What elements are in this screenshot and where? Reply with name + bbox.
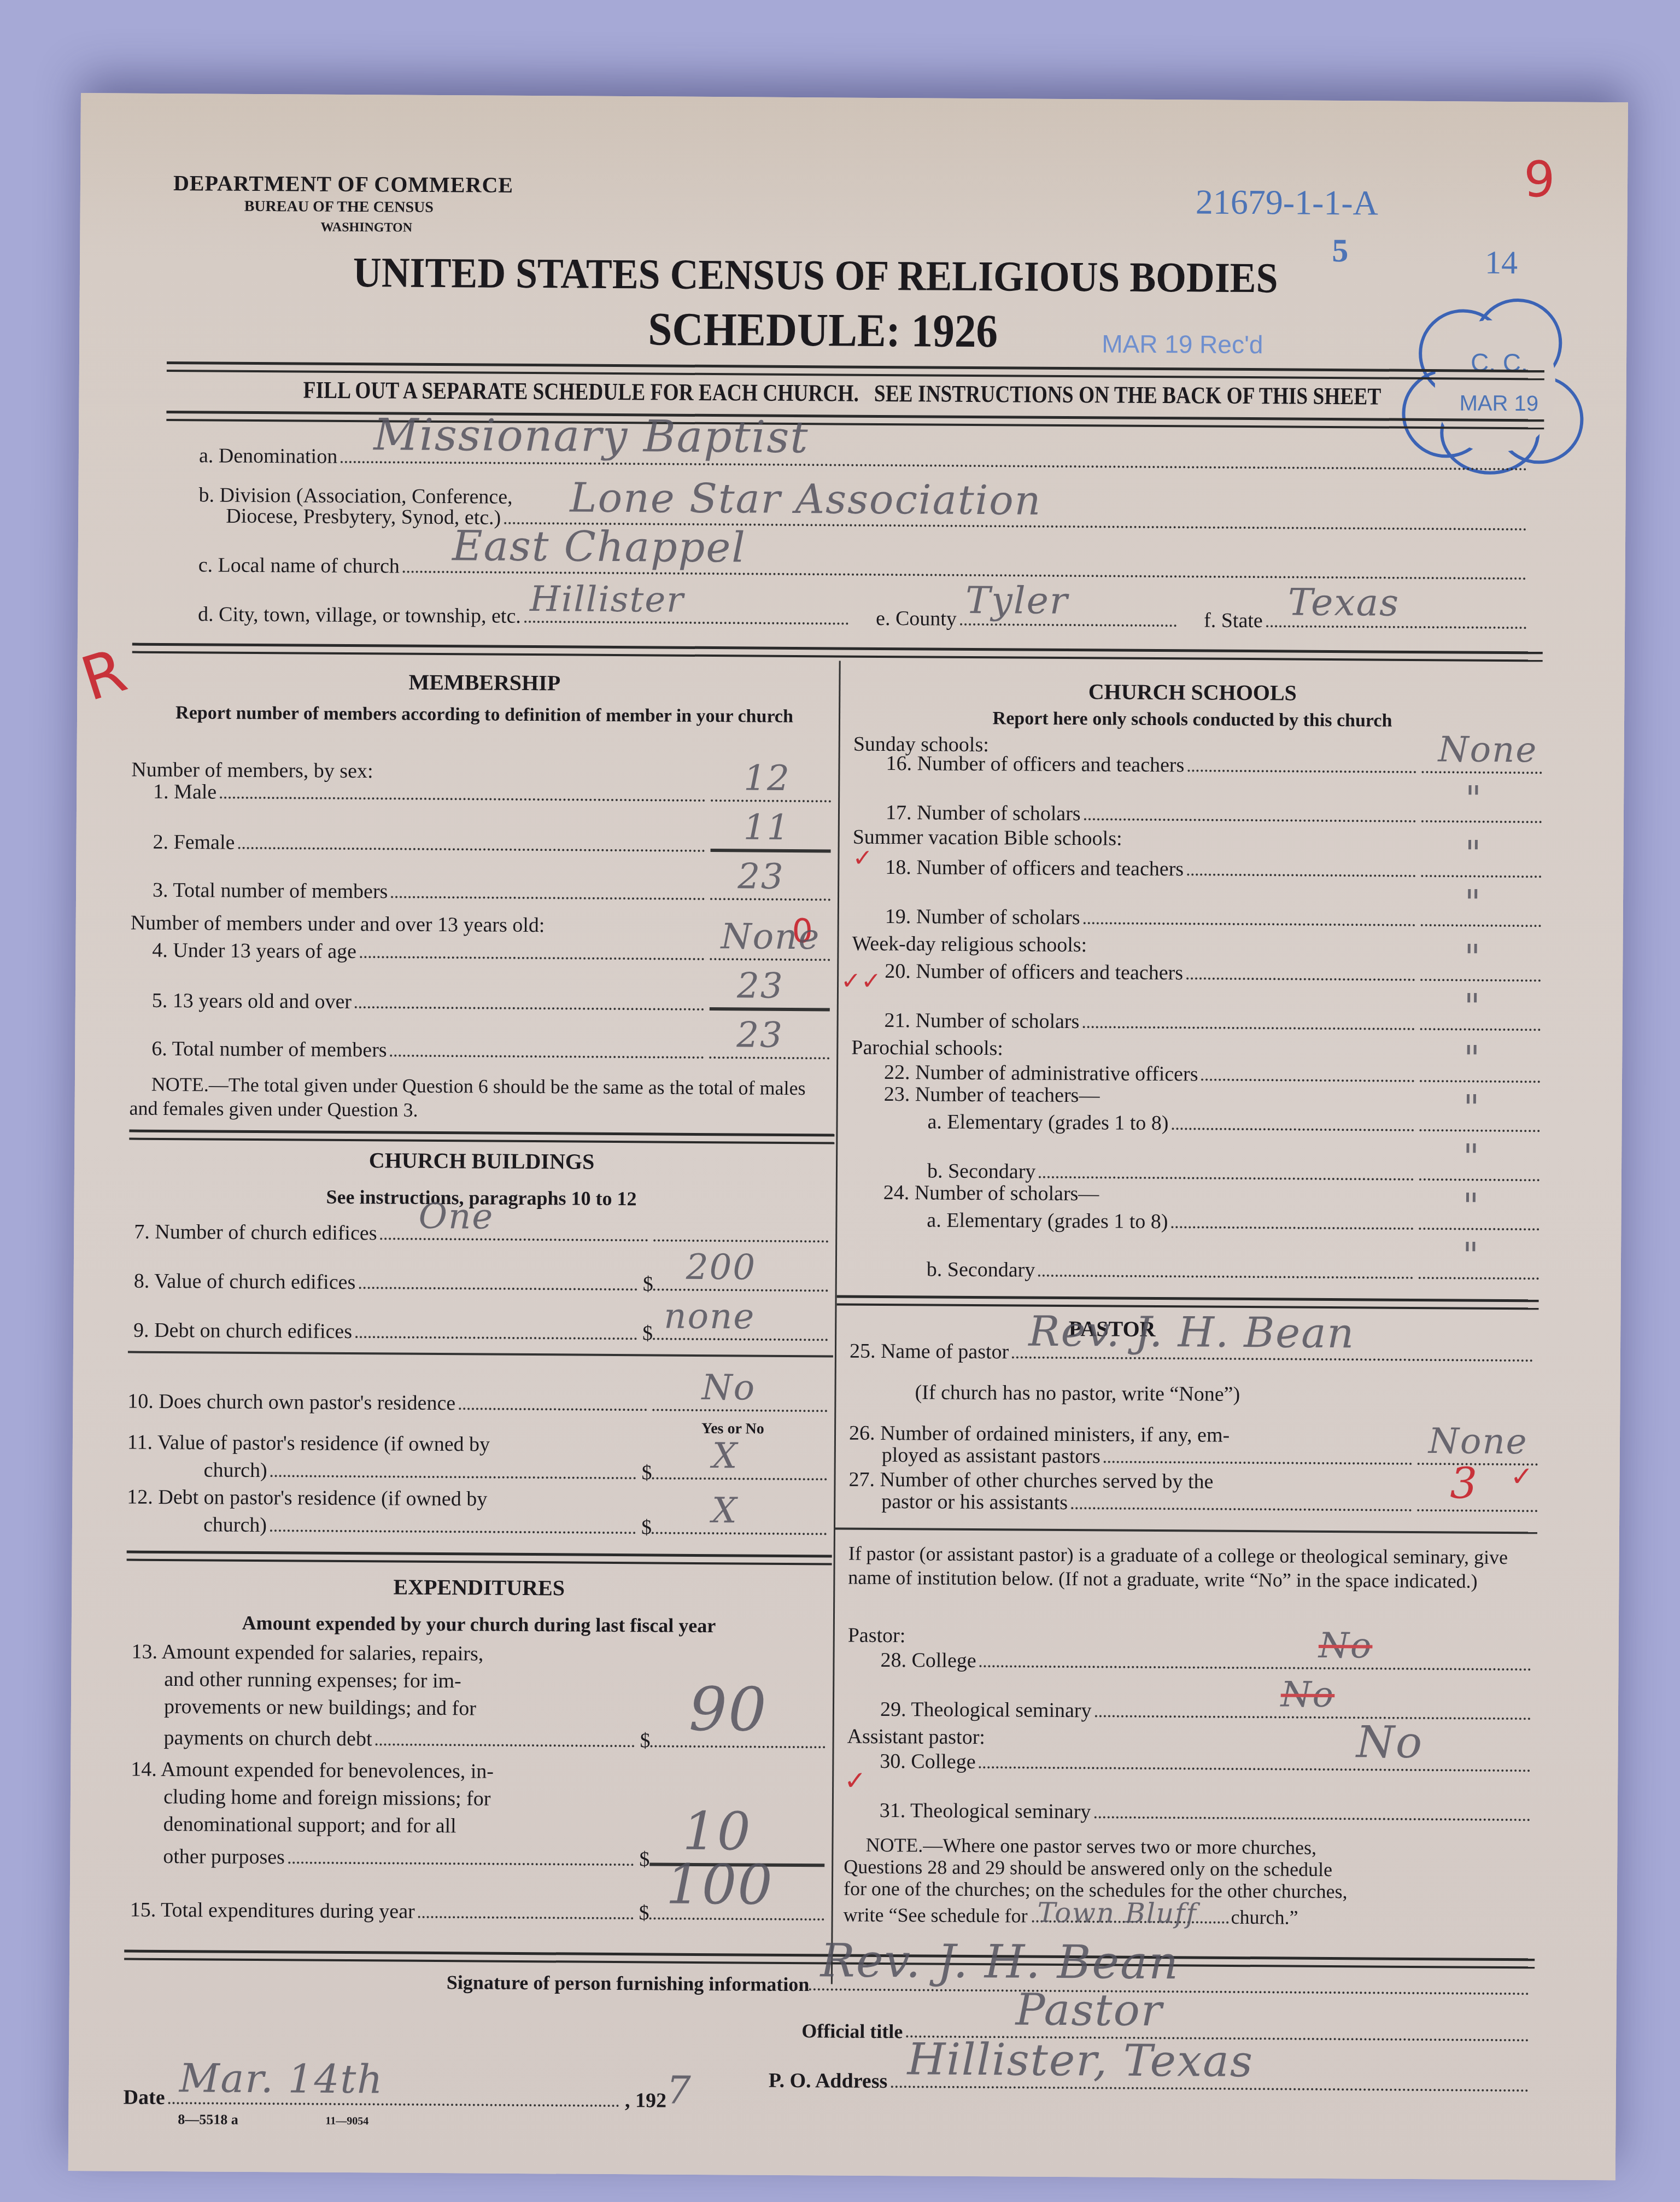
buildings-bottom-rule (127, 1551, 832, 1566)
q30-college-field[interactable]: 30. CollegeNo (880, 1749, 1536, 1777)
q26-value: None (1429, 1421, 1528, 1462)
city-label: d. City, town, village, or township, etc… (198, 602, 521, 628)
q20-label: 20. Number of officers and teachers (885, 959, 1183, 985)
q7-edifices-field[interactable]: 7. Number of church edificesOne (134, 1214, 828, 1248)
summer-schools-label: Summer vacation Bible schools: (853, 825, 1122, 851)
division-field[interactable]: Diocese, Presbytery, Synod, etc.) Lone S… (226, 504, 1532, 536)
q23b-value: " (1463, 1137, 1480, 1177)
po-address-label: P. O. Address (769, 2069, 888, 2093)
local-name-label: c. Local name of church (198, 553, 400, 578)
q1-male-field[interactable]: 1. Male12 (153, 774, 831, 808)
q18-label: 18. Number of officers and teachers (885, 855, 1184, 881)
instructions-banner: FILL OUT A SEPARATE SCHEDULE FOR EACH CH… (303, 376, 1382, 410)
q8-value-field[interactable]: 8. Value of church edifices$200 (134, 1264, 828, 1298)
q11-value-field[interactable]: church)$X (203, 1452, 827, 1486)
q16-label: 16. Number of officers and teachers (886, 751, 1184, 777)
q28-label: 28. College (880, 1648, 976, 1673)
q25-hint: (If church has no pastor, write “None”) (915, 1380, 1240, 1406)
q3-total-field[interactable]: 3. Total number of members23 (153, 873, 830, 907)
q14-label: 14. Amount expended for benevolences, in… (131, 1756, 494, 1840)
q1-value: 12 (744, 758, 791, 799)
q16-value: None (1438, 729, 1537, 770)
q14-dollar: $ (639, 1847, 649, 1871)
q13-label-last: payments on church debt (163, 1726, 372, 1751)
q12-dollar: $ (641, 1515, 652, 1539)
form-title: UNITED STATES CENSUS OF RELIGIOUS BODIES (353, 248, 1278, 302)
q19-value: " (1465, 883, 1482, 923)
q17-field[interactable]: 17. Number of scholars" (886, 795, 1542, 828)
cc-stamp-line2: MAR 19 (1459, 391, 1538, 416)
denomination-label: a. Denomination (199, 443, 338, 469)
see-schedule-value: Town Bluff (1037, 1902, 1197, 1925)
q24-label: 24. Number of scholars— (883, 1181, 1099, 1206)
q2-value: 11 (744, 807, 791, 848)
signature-field[interactable]: Signature of person furnishing informati… (447, 1971, 1535, 2000)
schools-subheading: Report here only schools conducted by th… (842, 708, 1542, 733)
q30-label: 30. College (880, 1749, 975, 1774)
q11-label-1: 11. Value of pastor's residence (if owne… (127, 1430, 490, 1457)
q24a-label: a. Elementary (grades 1 to 8) (927, 1208, 1168, 1234)
q25-label: 25. Name of pastor (850, 1339, 1009, 1364)
census-schedule-sheet: DEPARTMENT OF COMMERCE BUREAU OF THE CEN… (68, 93, 1628, 2180)
q6-value: 23 (736, 1015, 783, 1056)
year-suffix-value: 7 (666, 2068, 692, 2113)
city-name: WASHINGTON (320, 220, 412, 236)
yes-or-no-hint: Yes or No (701, 1420, 764, 1438)
po-address-value: Hillister, Texas (907, 2034, 1254, 2087)
q18-red-check-icon: ✓ (852, 844, 873, 872)
q21-field[interactable]: 21. Number of scholars" (885, 1003, 1541, 1036)
form-number: 8—5518 a (178, 2111, 238, 2128)
q5-label: 5. 13 years old and over (152, 989, 352, 1014)
city-value: Hillister (530, 579, 684, 621)
date-field[interactable]: DateMar. 14th, 1927 (123, 2065, 692, 2113)
q26-label-2: ployed as assistant pastors (882, 1443, 1101, 1468)
county-field[interactable]: e. County Tyler (876, 606, 1182, 632)
file-number-stamp: 21679-1-1-A (1196, 182, 1379, 223)
q24b-label: b. Secondary (927, 1257, 1035, 1282)
q10-value: No (701, 1368, 756, 1409)
q8-dollar: $ (643, 1272, 653, 1296)
q24a-field[interactable]: a. Elementary (grades 1 to 8)" (927, 1202, 1539, 1236)
q23-label: 23. Number of teachers— (884, 1082, 1100, 1107)
date-value: Mar. 14th (179, 2055, 384, 2102)
membership-subheading: Report number of members according to de… (175, 700, 793, 729)
q18-field[interactable]: 18. Number of officers and teachers" (885, 850, 1541, 883)
city-field[interactable]: d. City, town, village, or township, etc… (198, 602, 854, 630)
q24b-value: " (1462, 1235, 1480, 1276)
q25-value: Rev. J. H. Bean (1028, 1307, 1355, 1358)
q23b-label: b. Secondary (927, 1159, 1036, 1183)
q15-label: 15. Total expenditures during year (130, 1898, 415, 1924)
assistant-pastor-sublabel: Assistant pastor: (847, 1725, 986, 1750)
pastor-rule (835, 1527, 1537, 1534)
q7-label: 7. Number of church edifices (134, 1220, 377, 1246)
q4-value: None (721, 916, 820, 957)
membership-note: NOTE.—The total given under Question 6 s… (130, 1072, 830, 1125)
red-number-mark: 9 (1524, 151, 1555, 208)
q10-residence-field[interactable]: 10. Does church own pastor's residenceNo (127, 1384, 827, 1418)
q17-value: " (1465, 779, 1483, 819)
q6-total-field[interactable]: 6. Total number of members23 (151, 1031, 829, 1065)
number-5-stamp: 5 (1332, 232, 1348, 270)
q27-red-check-icon: ✓ (1510, 1461, 1533, 1492)
schools-heading: CHURCH SCHOOLS (842, 677, 1542, 708)
red-r-mark: R (73, 635, 134, 715)
form-subtitle: SCHEDULE: 1926 (648, 301, 998, 358)
denomination-field[interactable]: a. Denomination Missionary Baptist (199, 443, 1533, 476)
q13-dollar: $ (640, 1728, 650, 1753)
membership-rule (129, 1130, 834, 1144)
q30-value: No (1356, 1716, 1424, 1768)
official-title-label: Official title (801, 2019, 903, 2043)
received-stamp: MAR 19 Rec'd (1102, 329, 1263, 359)
division-value: Lone Star Association (570, 474, 1041, 524)
signature-value: Rev. J. H. Bean (820, 1934, 1179, 1989)
q23a-value: " (1463, 1088, 1480, 1128)
q22-value: " (1464, 1038, 1481, 1079)
membership-heading: MEMBERSHIP (132, 668, 837, 698)
q9-value: none (664, 1296, 755, 1337)
q8-label: 8. Value of church edifices (134, 1269, 356, 1294)
expenditures-subheading: Amount expended by your church during la… (126, 1611, 832, 1638)
q7-value: One (418, 1196, 494, 1237)
q20-field[interactable]: 20. Number of officers and teachers" (885, 954, 1541, 987)
q27-value: 3 (1450, 1459, 1478, 1508)
number-14-stamp: 14 (1485, 244, 1518, 282)
q4-label: 4. Under 13 years of age (152, 938, 356, 963)
county-label: e. County (876, 606, 957, 631)
print-number: 11—9054 (325, 2115, 368, 2128)
q14-label-last: other purposes (163, 1844, 285, 1869)
year-prefix: , 192 (625, 2088, 666, 2112)
q15-total-field[interactable]: 15. Total expenditures during year$100 (130, 1893, 824, 1926)
bureau-name: BUREAU OF THE CENSUS (244, 198, 434, 217)
state-value: Texas (1288, 581, 1400, 625)
q11-value: X (712, 1436, 739, 1476)
state-field[interactable]: f. State Texas (1204, 609, 1532, 635)
pastor-note: NOTE.—Where one pastor serves two or mor… (844, 1834, 1536, 1930)
q2-label: 2. Female (153, 830, 235, 855)
q15-dollar: $ (639, 1901, 649, 1925)
q23a-label: a. Elementary (grades 1 to 8) (927, 1109, 1168, 1135)
q6-label: 6. Total number of members (151, 1037, 387, 1062)
q29-label: 29. Theological seminary (880, 1697, 1092, 1722)
q25-pastor-name-field[interactable]: 25. Name of pastorRev. J. H. Bean (850, 1339, 1538, 1368)
q1-label: 1. Male (153, 780, 216, 804)
q8-value: 200 (686, 1247, 757, 1288)
buildings-heading: CHURCH BUILDINGS (129, 1146, 834, 1176)
department-name: DEPARTMENT OF COMMERCE (173, 170, 513, 198)
q9-dollar: $ (642, 1321, 653, 1345)
q20-value: " (1464, 937, 1482, 978)
q13-label: 13. Amount expended for salaries, repair… (131, 1638, 484, 1722)
q24a-value: " (1462, 1186, 1480, 1226)
local-name-value: East Chappel (452, 521, 746, 571)
q27-field[interactable]: pastor or his assistants3✓ (881, 1484, 1537, 1517)
see-schedule-field[interactable]: Town Bluff (1032, 1901, 1228, 1924)
q2-female-field[interactable]: 2. Female11 (153, 823, 831, 858)
q13-value: 90 (689, 1674, 768, 1745)
q21-label: 21. Number of scholars (885, 1008, 1080, 1033)
q17-label: 17. Number of scholars (886, 801, 1081, 826)
q19-field[interactable]: 19. Number of scholars" (885, 899, 1541, 932)
local-name-field[interactable]: c. Local name of church East Chappel (198, 553, 1532, 585)
q13-value-field[interactable]: payments on church debt$90 (163, 1720, 825, 1754)
q12-value: X (712, 1491, 738, 1531)
q31-red-check-icon: ✓ (844, 1766, 867, 1796)
q28-value: No (1319, 1626, 1373, 1667)
q19-label: 19. Number of scholars (885, 904, 1080, 930)
county-value: Tyler (965, 579, 1069, 623)
q12-label-2: church) (203, 1512, 267, 1537)
q12-label-1: 12. Debt on pastor's residence (if owned… (127, 1485, 487, 1511)
q23a-field[interactable]: a. Elementary (grades 1 to 8)" (927, 1104, 1539, 1137)
q26-field[interactable]: ployed as assistant pastorsNone (882, 1438, 1538, 1471)
q20-red-check-icon: ✓✓ (841, 967, 881, 995)
denomination-value: Missionary Baptist (373, 409, 809, 463)
section-divider (132, 643, 1543, 662)
q9-label: 9. Debt on church edifices (133, 1318, 352, 1344)
q5-over13-field[interactable]: 5. 13 years old and over23 (152, 982, 830, 1017)
state-label: f. State (1204, 609, 1263, 633)
date-label: Date (123, 2086, 165, 2110)
signature-label: Signature of person furnishing informati… (447, 1971, 810, 1996)
q10-label: 10. Does church own pastor's residence (127, 1389, 455, 1416)
q18-value: " (1465, 833, 1482, 874)
q11-dollar: $ (641, 1461, 652, 1485)
q3-label: 3. Total number of members (153, 878, 388, 904)
cc-stamp: C. C. MAR 19 (1402, 298, 1583, 474)
official-title-value: Pastor (1015, 1984, 1163, 2036)
q29-value: No (1281, 1674, 1335, 1715)
q21-value: " (1464, 986, 1482, 1027)
q31-label: 31. Theological seminary (880, 1798, 1091, 1824)
q15-value: 100 (666, 1853, 774, 1917)
q9-debt-field[interactable]: 9. Debt on church edifices$none (133, 1313, 828, 1347)
q27-label-2: pastor or his assistants (881, 1490, 1068, 1515)
q31-seminary-field[interactable]: 31. Theological seminary (880, 1798, 1536, 1826)
q12-debt-field[interactable]: church)$X (203, 1507, 827, 1540)
expenditures-heading: EXPENDITURES (126, 1573, 832, 1603)
q5-value: 23 (737, 966, 784, 1007)
q28-college-field[interactable]: 28. CollegeNo (880, 1648, 1536, 1676)
buildings-rule (128, 1351, 833, 1358)
q4-under13-field[interactable]: 4. Under 13 years of ageNone (152, 933, 830, 967)
q29-seminary-field[interactable]: 29. Theological seminaryNo (880, 1697, 1536, 1725)
q16-field[interactable]: 16. Number of officers and teachersNone (886, 746, 1542, 779)
q24b-field[interactable]: b. Secondary" (927, 1252, 1539, 1285)
graduate-note: If pastor (or assistant pastor) is a gra… (848, 1541, 1537, 1594)
q3-value: 23 (737, 856, 785, 897)
po-address-field[interactable]: P. O. AddressHillister, Texas (769, 2069, 1534, 2098)
q11-label-2: church) (203, 1458, 267, 1482)
pastor-sublabel: Pastor: (848, 1623, 906, 1648)
